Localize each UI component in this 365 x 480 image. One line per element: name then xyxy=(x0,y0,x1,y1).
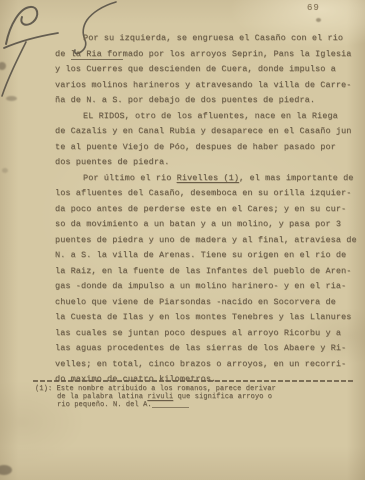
text-line: dos puentes de piedra. xyxy=(55,155,361,171)
text-line: varios molinos harineros y atravesando l… xyxy=(55,78,361,94)
text-segment: las cuales se juntan poco despues al arr… xyxy=(55,328,341,338)
text-segment: rio pequeño. N. del A. xyxy=(57,401,152,409)
text-segment: de la palabra latina xyxy=(57,393,147,401)
text-line: las cuales se juntan poco despues al arr… xyxy=(55,326,361,342)
ink-tick-mark xyxy=(316,18,321,22)
text-line: EL RIDOS, otro de los afluentes, nace en… xyxy=(55,109,361,125)
ink-smudge xyxy=(0,465,12,475)
ink-smudge xyxy=(2,168,8,173)
text-segment: te al puente Viejo de Póo, despues de ha… xyxy=(55,142,336,152)
text-segment: varios molinos harineros y atravesando l… xyxy=(55,80,351,90)
text-segment: de Cazalis y en Canal Rubia y desaparece… xyxy=(55,126,351,136)
text-segment: dos puentes de piedra. xyxy=(55,157,169,167)
text-segment: mado por los arroyos Seprin, Pans la Igl… xyxy=(123,49,352,59)
text-line: gas -donde da impulso a un molino harine… xyxy=(55,279,361,295)
footnote-line: rio pequeño. N. del A. xyxy=(35,401,355,409)
text-segment: so da movimiento a un batan y a un molin… xyxy=(55,219,341,229)
text-segment: , el mas importante de xyxy=(239,173,353,183)
text-segment: Por su izquierda, se engruesa el Casaño … xyxy=(83,33,343,43)
scanned-document-page: 69 Por su izquierda, se engruesa el Casa… xyxy=(0,0,365,480)
text-line: de la Ria formado por los arroyos Seprin… xyxy=(55,47,361,63)
text-segment: y los Cuerres que descienden de Cuera, d… xyxy=(55,64,336,74)
text-segment: (1): Este nombre atribuido a los romanos… xyxy=(35,385,276,393)
page-number: 69 xyxy=(307,3,320,13)
text-segment: N. a S. la villa de Arenas. Tiene su ori… xyxy=(55,250,346,260)
text-line: puentes de piedra y uno de madera y al f… xyxy=(55,233,361,249)
text-line: chuelo que viene de Piarsondas -nacido e… xyxy=(55,295,361,311)
text-segment: que significa arroyo o xyxy=(173,393,272,401)
text-segment: de xyxy=(55,49,71,59)
text-line: de Cazalis y en Canal Rubia y desaparece… xyxy=(55,124,361,140)
text-segment: la Raiz, en la fuente de las Infantes de… xyxy=(55,266,351,276)
footnote-line: de la palabra latina rivuli que signific… xyxy=(35,393,355,401)
text-segment: Por último el rio xyxy=(83,173,177,183)
text-segment: EL RIDOS, otro de los afluentes, nace en… xyxy=(83,111,338,121)
underlined-word-rivuli: rivuli xyxy=(147,393,173,401)
text-segment: do maximo de cuatro kilometros. xyxy=(55,374,216,384)
text-line: Por su izquierda, se engruesa el Casaño … xyxy=(55,31,361,47)
footnote: (1): Este nombre atribuido a los romanos… xyxy=(35,385,355,409)
footnote-separator xyxy=(33,380,354,382)
ink-smudge xyxy=(6,96,17,101)
text-line: la Raiz, en la fuente de las Infantes de… xyxy=(55,264,361,280)
text-line: velles; en total, cinco brazos o arroyos… xyxy=(55,357,361,373)
text-segment: da poco antes de perderse este en el Car… xyxy=(55,204,346,214)
footnote-line: (1): Este nombre atribuido a los romanos… xyxy=(35,385,355,393)
text-segment: las aguas procedentes de las sierras de … xyxy=(55,343,346,353)
text-segment: puentes de piedra y uno de madera y al f… xyxy=(55,235,357,245)
text-segment: la Cuesta de Ilas y en los montes Tenebr… xyxy=(55,312,351,322)
text-line: so da movimiento a un batan y a un molin… xyxy=(55,217,361,233)
text-segment: ña de N. a S. por debajo de dos puentes … xyxy=(55,95,315,105)
typed-underscore-mark xyxy=(152,407,189,408)
text-segment: gas -donde da impulso a un molino harine… xyxy=(55,281,346,291)
text-line: te al puente Viejo de Póo, despues de ha… xyxy=(55,140,361,156)
text-line: la Cuesta de Ilas y en los montes Tenebr… xyxy=(55,310,361,326)
text-line: las aguas procedentes de las sierras de … xyxy=(55,341,361,357)
text-line: los afluentes del Casaño, desemboca en s… xyxy=(55,186,361,202)
text-segment: los afluentes del Casaño, desemboca en s… xyxy=(55,188,351,198)
text-segment: velles; en total, cinco brazos o arroyos… xyxy=(55,359,346,369)
underlined-phrase-la-ria: la Ria for xyxy=(71,49,123,60)
text-line: Por último el rio Rivelles (1), el mas i… xyxy=(55,171,361,187)
text-line: N. a S. la villa de Arenas. Tiene su ori… xyxy=(55,248,361,264)
underlined-word-rivelles: Rivelles (1) xyxy=(177,173,239,183)
text-line: da poco antes de perderse este en el Car… xyxy=(55,202,361,218)
text-line: ña de N. a S. por debajo de dos puentes … xyxy=(55,93,361,109)
text-segment: chuelo que viene de Piarsondas -nacido e… xyxy=(55,297,336,307)
typewritten-body: Por su izquierda, se engruesa el Casaño … xyxy=(55,31,361,388)
text-line: y los Cuerres que descienden de Cuera, d… xyxy=(55,62,361,78)
